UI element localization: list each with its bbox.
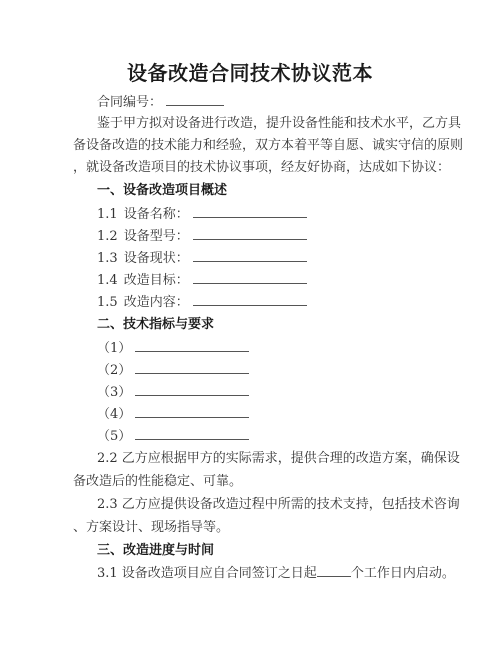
clause-2-3-line-2: 、方案设计、现场指导等。 — [73, 519, 229, 537]
clause-2-3-line-1: 2.3 乙方应提供设备改造过程中所需的技术支持，包括技术咨询 — [97, 496, 460, 514]
spec-item-number: （5） — [97, 429, 131, 444]
spec-item-5: （5） — [97, 427, 249, 446]
section-3-heading: 三、改造进度与时间 — [97, 542, 214, 560]
device-model-blank[interactable] — [193, 227, 307, 240]
spec-item-3-blank[interactable] — [135, 383, 249, 396]
document-title: 设备改造合同技术协议范本 — [0, 60, 500, 86]
spec-item-2: （2） — [97, 361, 249, 380]
section-1-heading: 一、设备改造项目概述 — [97, 182, 227, 200]
spec-item-1-blank[interactable] — [135, 339, 249, 352]
spec-item-4-blank[interactable] — [135, 405, 249, 418]
field-number: 1.5 — [97, 294, 118, 312]
spec-item-number: （1） — [97, 341, 131, 356]
field-1-2: 1.2设备型号： — [97, 227, 307, 246]
field-label: 改造目标： — [124, 273, 189, 288]
field-number: 1.4 — [97, 272, 118, 290]
clause-3-1-text-before: 3.1 设备改造项目应自合同签订之日起 — [97, 566, 317, 581]
intro-line-3: ，就设备改造项目的技术协议事项，经友好协商，达成如下协议： — [73, 159, 450, 177]
clause-2-2-line-1: 2.2 乙方应根据甲方的实际需求，提供合理的改造方案，确保设 — [97, 450, 460, 468]
retrofit-content-blank[interactable] — [193, 293, 307, 306]
spec-item-2-blank[interactable] — [135, 361, 249, 374]
field-1-3: 1.3设备现状： — [97, 249, 307, 268]
clause-3-1-text-after: 个工作日内启动。 — [351, 566, 455, 581]
field-number: 1.2 — [97, 228, 118, 246]
contract-number-blank[interactable] — [166, 93, 224, 106]
contract-number-label: 合同编号： — [97, 95, 162, 110]
field-label: 改造内容： — [124, 295, 189, 310]
field-number: 1.1 — [97, 206, 118, 224]
intro-line-1: 鉴于甲方拟对设备进行改造，提升设备性能和技术水平，乙方具 — [97, 115, 461, 133]
field-label: 设备名称： — [124, 207, 189, 222]
workdays-blank[interactable] — [317, 564, 351, 577]
clause-3-1: 3.1 设备改造项目应自合同签订之日起个工作日内启动。 — [97, 564, 455, 583]
spec-item-4: （4） — [97, 405, 249, 424]
field-label: 设备型号： — [124, 229, 189, 244]
spec-item-5-blank[interactable] — [135, 427, 249, 440]
field-number: 1.3 — [97, 250, 118, 268]
spec-item-number: （4） — [97, 407, 131, 422]
document-page: 设备改造合同技术协议范本 合同编号： 鉴于甲方拟对设备进行改造，提升设备性能和技… — [0, 0, 500, 647]
spec-item-3: （3） — [97, 383, 249, 402]
field-1-5: 1.5改造内容： — [97, 293, 307, 312]
contract-number-line: 合同编号： — [97, 93, 224, 112]
device-status-blank[interactable] — [193, 249, 307, 262]
spec-item-1: （1） — [97, 339, 249, 358]
intro-line-2: 备设备改造的技术能力和经验，双方本着平等自愿、诚实守信的原则 — [73, 137, 463, 155]
section-2-heading: 二、技术指标与要求 — [97, 316, 214, 334]
clause-2-2-line-2: 备改造后的性能稳定、可靠。 — [73, 473, 242, 491]
device-name-blank[interactable] — [193, 205, 307, 218]
spec-item-number: （2） — [97, 363, 131, 378]
field-1-1: 1.1设备名称： — [97, 205, 307, 224]
spec-item-number: （3） — [97, 385, 131, 400]
field-label: 设备现状： — [124, 251, 189, 266]
retrofit-goal-blank[interactable] — [193, 271, 307, 284]
field-1-4: 1.4改造目标： — [97, 271, 307, 290]
